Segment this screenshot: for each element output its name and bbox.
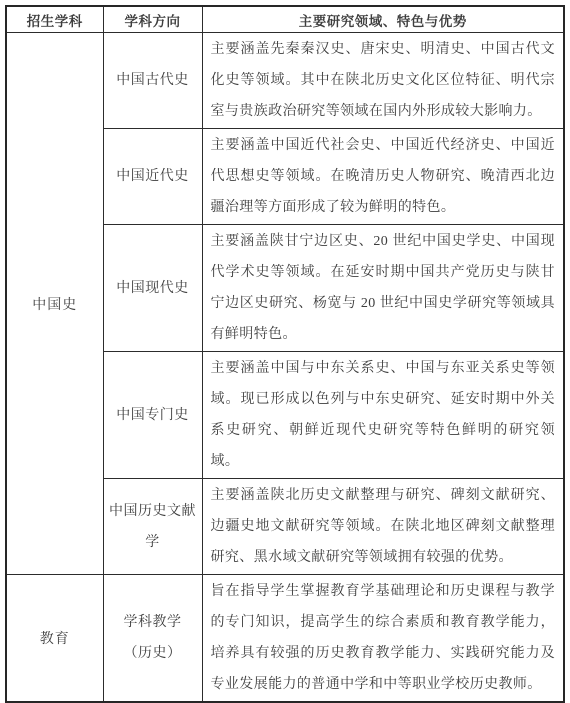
description-cell-modern-chinese-history: 主要涵盖中国近代社会史、中国近代经济史、中国近代思想史等领域。在晚清历史人物研究…: [202, 129, 564, 225]
description-cell-specialized-chinese-history: 主要涵盖中国与中东关系史、中国与东亚关系史等领域。现已形成以色列与中东史研究、延…: [202, 352, 564, 479]
disciplines-table: 招生学科 学科方向 主要研究领域、特色与优势 中国史 中国古代史 主要涵盖先秦秦…: [5, 5, 565, 631]
header-enrollment-discipline: 招生学科: [6, 6, 103, 33]
description-cell-subject-teaching-history: 旨在指导学生掌握教育学基础理论和历史课程与教学的专门知识，提高学生的综合素质和教…: [202, 575, 564, 632]
document-page: 招生学科 学科方向 主要研究领域、特色与优势 中国史 中国古代史 主要涵盖先秦秦…: [0, 0, 570, 631]
description-cell-chinese-historical-philology: 主要涵盖陕北历史文献整理与研究、碑刻文献研究、边疆史地文献研究等领域。在陕北地区…: [202, 479, 564, 575]
description-cell-ancient-chinese-history: 主要涵盖先秦秦汉史、唐宋史、明清史、中国古代文化史等领域。其中在陕北历史文化区位…: [202, 33, 564, 129]
group-cell-chinese-history: 中国史: [6, 33, 103, 575]
direction-cell-chinese-historical-philology: 中国历史文献学: [103, 479, 202, 575]
direction-cell-modern-chinese-history: 中国近代史: [103, 129, 202, 225]
direction-cell-specialized-chinese-history: 中国专门史: [103, 352, 202, 479]
table-row: 教育 学科教学 （历史） 旨在指导学生掌握教育学基础理论和历史课程与教学的专门知…: [6, 575, 564, 632]
group-cell-education: 教育: [6, 575, 103, 632]
table-row: 中国史 中国古代史 主要涵盖先秦秦汉史、唐宋史、明清史、中国古代文化史等领域。其…: [6, 33, 564, 129]
header-research-areas: 主要研究领域、特色与优势: [202, 6, 564, 33]
table-header-row: 招生学科 学科方向 主要研究领域、特色与优势: [6, 6, 564, 33]
direction-cell-subject-teaching-history: 学科教学 （历史）: [103, 575, 202, 632]
header-discipline-direction: 学科方向: [103, 6, 202, 33]
direction-cell-contemporary-chinese-history: 中国现代史: [103, 225, 202, 352]
direction-cell-ancient-chinese-history: 中国古代史: [103, 33, 202, 129]
description-cell-contemporary-chinese-history: 主要涵盖陕甘宁边区史、20 世纪中国史学史、中国现代学术史等领域。在延安时期中国…: [202, 225, 564, 352]
